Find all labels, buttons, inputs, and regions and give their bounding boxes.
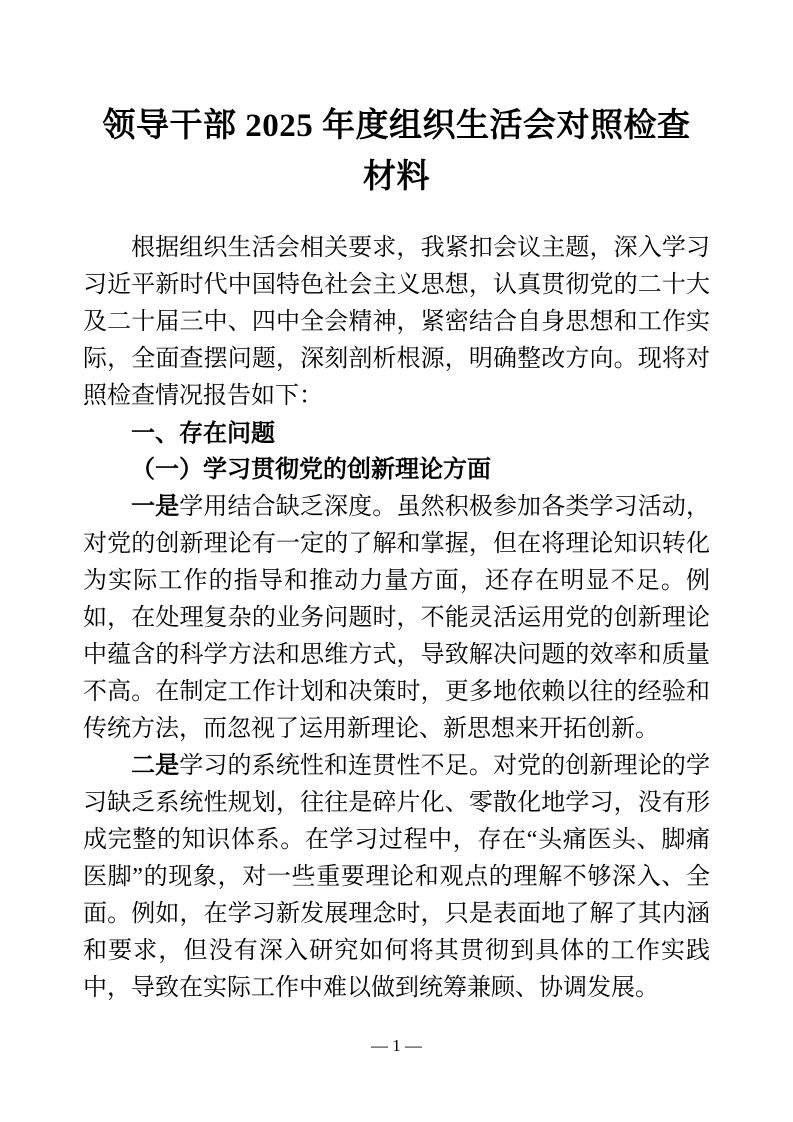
document-title-line-2: 材料 — [83, 152, 710, 203]
paragraph-point-2-lead: 二是 — [131, 753, 179, 779]
document-title-line-1: 领导干部 2025 年度组织生活会对照检查 — [83, 101, 710, 152]
paragraph-point-2: 二是学习的系统性和连贯性不足。对党的创新理论的学习缺乏系统性规划，往往是碎片化、… — [83, 748, 710, 1007]
section-heading-existing-problems: 一、存在问题 — [83, 415, 710, 452]
document-page: 领导干部 2025 年度组织生活会对照检查 材料 根据组织生活会相关要求，我紧扣… — [0, 0, 793, 1122]
subsection-heading-innovation-theory: （一）学习贯彻党的创新理论方面 — [83, 452, 710, 489]
paragraph-point-1-text: 学用结合缺乏深度。虽然积极参加各类学习活动，对党的创新理论有一定的了解和掌握，但… — [83, 494, 710, 742]
paragraph-point-2-text: 学习的系统性和连贯性不足。对党的创新理论的学习缺乏系统性规划，往往是碎片化、零散… — [83, 753, 710, 1001]
paragraph-intro: 根据组织生活会相关要求，我紧扣会议主题，深入学习习近平新时代中国特色社会主义思想… — [83, 230, 710, 415]
paragraph-point-1: 一是学用结合缺乏深度。虽然积极参加各类学习活动，对党的创新理论有一定的了解和掌握… — [83, 489, 710, 748]
page-number: — 1 — — [0, 1036, 793, 1056]
paragraph-point-1-lead: 一是 — [131, 494, 179, 520]
document-title: 领导干部 2025 年度组织生活会对照检查 材料 — [83, 101, 710, 203]
document-content: 领导干部 2025 年度组织生活会对照检查 材料 根据组织生活会相关要求，我紧扣… — [83, 101, 710, 1007]
